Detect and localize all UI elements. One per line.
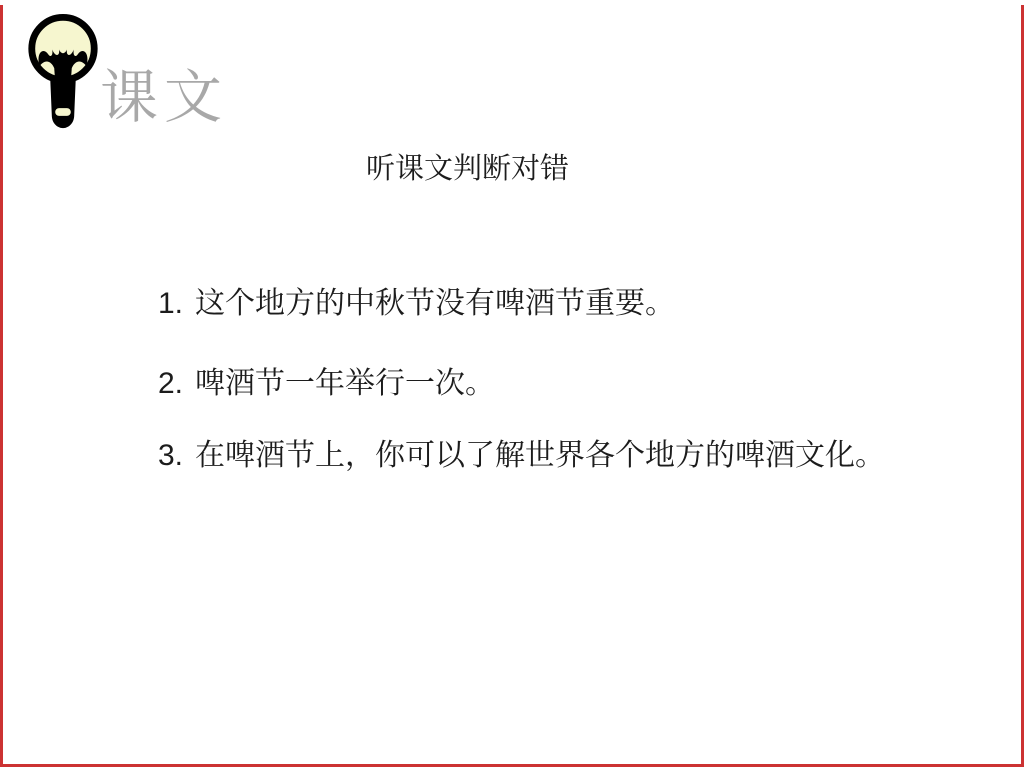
page-title: 课文 — [100, 68, 228, 129]
statement-number: 3. — [158, 439, 183, 472]
statement-number: 1. — [158, 287, 183, 320]
statement-text: 啤酒节一年举行一次。 — [195, 367, 495, 400]
slide: 课文 听课文判断对错 1.这个地方的中秋节没有啤酒节重要。 2.啤酒节一年举行一… — [0, 0, 1024, 767]
statement-item: 2.啤酒节一年举行一次。 — [158, 367, 918, 400]
statement-number: 2. — [158, 367, 183, 400]
statement-item: 1.这个地方的中秋节没有啤酒节重要。 — [158, 287, 918, 320]
left-edge-accent — [0, 5, 3, 767]
lightbulb-icon — [23, 9, 103, 135]
statement-item: 3.在啤酒节上，你可以了解世界各个地方的啤酒文化。 — [158, 439, 918, 472]
statement-text: 这个地方的中秋节没有啤酒节重要。 — [195, 287, 675, 320]
statement-text: 在啤酒节上，你可以了解世界各个地方的啤酒文化。 — [195, 439, 885, 472]
statement-list: 1.这个地方的中秋节没有啤酒节重要。 2.啤酒节一年举行一次。 3.在啤酒节上，… — [158, 287, 918, 472]
subtitle: 听课文判断对错 — [366, 155, 569, 184]
